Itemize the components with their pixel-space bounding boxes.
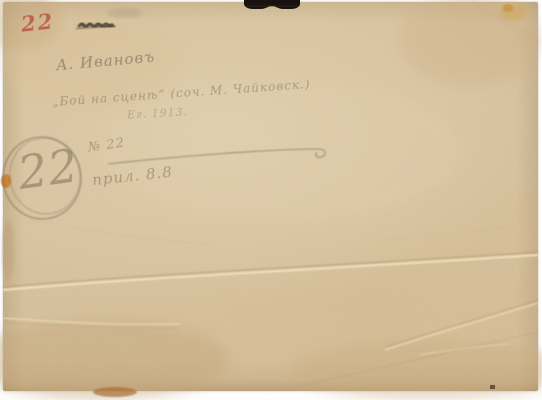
top-right-stain — [499, 3, 527, 21]
photo-of-paper-verso: 22 А. Ивановъ „Бой на сценѣ“ (соч. М. Ча… — [0, 0, 542, 400]
big-circled-number: 22 — [15, 138, 82, 200]
bottom-edge-smear — [93, 387, 137, 397]
corner-number-red: 22 — [20, 8, 56, 36]
top-right-stain-core — [503, 4, 513, 12]
dark-speck — [490, 385, 495, 389]
left-corner-smudge — [2, 220, 14, 280]
